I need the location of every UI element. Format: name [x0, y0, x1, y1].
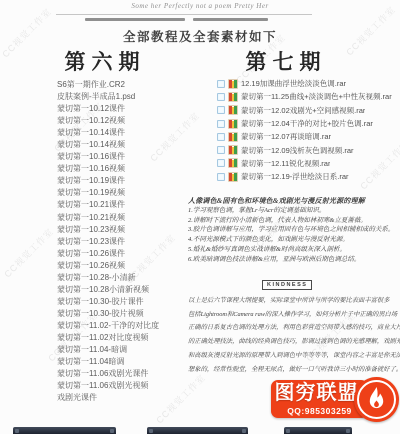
file-list-item: 蒙切第一10.16视频 [57, 163, 197, 175]
file-list-item: 蒙切第一10.19视频 [57, 187, 197, 199]
rar-archive-icon [228, 105, 238, 115]
file-list-item: 蒙切第一11.06戏剧光视频 [57, 380, 197, 392]
rar-file-row[interactable]: 蒙切第一12.02戏剧光+空间感视频.rar [217, 104, 399, 117]
file-list-item: 蒙切第一10.28小清新视频 [57, 284, 197, 296]
contact-qq-number: QQ:985303259 [271, 406, 368, 416]
course-outline: 人像调色&固有色和环境色&戏剧光与漫反射光源的理解 1.学习观察色调，掌握Lr与… [188, 196, 399, 264]
checkbox-icon[interactable] [217, 93, 225, 101]
course-outline-line: 3.胶片色调讲解与应用，学习应用固有色与环境色之间相辅相成的关系。 [188, 225, 399, 235]
file-list-item: 蒙切第一10.26课件 [57, 248, 197, 260]
course-outline-lines: 1.学习观察色调，掌握Lr与Acr的定调基础知识。 2.讲解时下流行的小清新色调… [188, 206, 399, 264]
issue6-file-list: S6第一期作业.CR2 皮肤案例-半成品1.psd 蒙切第一10.12课件 蒙切… [57, 79, 197, 404]
flame-badge [354, 377, 399, 422]
file-list-item: 蒙切第一10.28-小清新 [57, 272, 197, 284]
file-list-item: 蒙切第一10.19课件 [57, 175, 197, 187]
file-list-item: 蒙切第一10.30-胶片课件 [57, 296, 197, 308]
header-dash-segment [85, 18, 185, 21]
file-list-item: 蒙切第一11.02-干净的对比度 [57, 320, 197, 332]
rar-file-name: 蒙切第一12.07再谈暗调.rar [241, 131, 331, 142]
course-outline-line: 1.学习观察色调，掌握Lr与Acr的定调基础知识。 [188, 206, 399, 216]
file-list-item: 蒙切第一10.21视频 [57, 212, 197, 224]
file-list-item: 蒙切第一10.30-胶片视频 [57, 308, 197, 320]
file-list-item: 蒙切第一11.06戏剧光课件 [57, 368, 197, 380]
course-description-line: 想象的，经常性脱堂，全程无尿点，做好一口气听我讲三小时的准备就好了。 [188, 363, 399, 377]
course-description-line: 和高级灰漫反射光源的原理带入到调色中等等等等，课堂内容之丰富是你无法 [188, 349, 399, 363]
checkbox-icon[interactable] [217, 120, 225, 128]
course-description-line: 的正确处理技法，曲线的经典调色技巧，影调过渡到色调的光感理解，戏剧光 [188, 335, 399, 349]
rar-file-name: 蒙切第一12.02戏剧光+空间感视频.rar [241, 105, 365, 116]
rar-archive-icon [228, 119, 238, 129]
rar-file-name: 蒙切第一11.25曲线+淡淡调色+中性灰视频.rar [241, 91, 392, 102]
kindness-badge: KINDNESS [262, 280, 312, 290]
checkbox-icon[interactable] [217, 173, 225, 181]
checkbox-icon[interactable] [217, 133, 225, 141]
course-outline-line: 5.婚礼&婚纱写真调色实战讲解&时尚高级灰深入剖析。 [188, 245, 399, 255]
rar-file-row[interactable]: 蒙切第一12.07再谈暗调.rar [217, 130, 399, 143]
decorative-script-text: Some her Perfectly not a poem Pretty Her [0, 2, 400, 10]
file-list-item: 皮肤案例-半成品1.psd [57, 91, 197, 103]
header-divider-line [56, 14, 312, 15]
course-outline-line: 4.不同光源模式下的颜色变化，如戏剧光与漫反射光源。 [188, 235, 399, 245]
rar-file-row[interactable]: 蒙切第一12.19-浮世绘淡日系.rar [217, 170, 399, 183]
rar-file-name: 蒙切第一12.04干净的对比+胶片色调.rar [241, 118, 373, 129]
rar-archive-icon [228, 172, 238, 182]
header-dash-segment [193, 18, 268, 21]
file-list-item: 蒙切第一11.04-暗调 [57, 344, 197, 356]
course-description: 以上是后六节课程大纲提要，实际课堂中所讲与所学的要比表面丰富很多 包括Light… [188, 294, 399, 376]
rar-file-row[interactable]: 蒙切第一12.04干净的对比+胶片色调.rar [217, 117, 399, 130]
file-list-item: 蒙切第一11.04暗调 [57, 356, 197, 368]
bottom-thumbnail-strip [13, 427, 116, 434]
checkbox-icon[interactable] [217, 146, 225, 154]
file-list-item: 蒙切第一11.02对比度视频 [57, 332, 197, 344]
checkbox-icon[interactable] [217, 106, 225, 114]
course-outline-heading: 人像调色&固有色和环境色&戏剧光与漫反射光源的理解 [188, 196, 399, 206]
file-list-item: 蒙切第一10.21课件 [57, 199, 197, 211]
file-list-item: 蒙切第一10.12课件 [57, 103, 197, 115]
rar-archive-icon [228, 145, 238, 155]
rar-archive-icon [228, 79, 238, 89]
file-list-item: 蒙切第一10.14视频 [57, 139, 197, 151]
bottom-thumbnail-strip [284, 427, 352, 434]
file-list-item: 蒙切第一10.23视频 [57, 224, 197, 236]
rar-file-row[interactable]: 12.19加课曲浮世绘淡淡色调.rar [217, 77, 399, 90]
brand-name: 图穷联盟 [271, 380, 362, 406]
course-description-line: 包括Lightroom和Camera raw的深入操作学习，如何分析片子中正确的… [188, 308, 399, 322]
checkbox-icon[interactable] [217, 80, 225, 88]
rar-file-row[interactable]: 蒙切第一11.25曲线+淡淡调色+中性灰视频.rar [217, 90, 399, 103]
course-promo-page: CC视觉工作室 CC视觉工作室 CC视觉工作室 CC视觉工作室 CC视觉工作室 … [0, 0, 400, 434]
file-list-item: 蒙切第一10.12视频 [57, 115, 197, 127]
rar-file-name: 蒙切第一12.11锐化视频.rar [241, 158, 330, 169]
rar-archive-icon [228, 92, 238, 102]
course-outline-line: 2.讲解时下流行的小清新色调，代表人物如林初寒&立夏蔷薇。 [188, 216, 399, 226]
rar-file-row[interactable]: 蒙切第一12.11锐化视频.rar [217, 157, 399, 170]
bottom-thumbnail-strip [147, 427, 248, 434]
rar-file-row[interactable]: 蒙切第一12.09浅析灰色调视频.rar [217, 143, 399, 156]
rar-file-name: 蒙切第一12.09浅析灰色调视频.rar [241, 145, 354, 156]
file-list-item: S6第一期作业.CR2 [57, 79, 197, 91]
file-list-item: 蒙切第一10.14课件 [57, 127, 197, 139]
issue7-rar-list: 12.19加课曲浮世绘淡淡色调.rar 蒙切第一11.25曲线+淡淡调色+中性灰… [217, 77, 399, 183]
course-description-line: 正确的日系复古色调的处理方法，利用色彩营造空间带入感的技巧，商业大片 [188, 321, 399, 335]
rar-file-name: 12.19加课曲浮世绘淡淡色调.rar [241, 78, 346, 89]
flame-icon [365, 386, 388, 413]
file-list-item: 蒙切第一10.16课件 [57, 151, 197, 163]
file-list-item: 蒙切第一10.23课件 [57, 236, 197, 248]
right-column-title: 第七期 [226, 46, 346, 76]
course-outline-line: 6.欧美暗调调色技法讲解&应用，亚洲与欧洲后期色调总结。 [188, 255, 399, 265]
page-title: 全部教程及全套素材如下 [0, 27, 400, 45]
watermark: CC视觉工作室 [1, 225, 56, 280]
rar-file-name: 蒙切第一12.19-浮世绘淡日系.rar [241, 171, 349, 182]
file-list-item: 蒙切第一10.26视频 [57, 260, 197, 272]
course-description-line: 以上是后六节课程大纲提要，实际课堂中所讲与所学的要比表面丰富很多 [188, 294, 399, 308]
rar-archive-icon [228, 158, 238, 168]
checkbox-icon[interactable] [217, 159, 225, 167]
file-list-item: 戏剧光课件 [57, 392, 197, 404]
rar-archive-icon [228, 132, 238, 142]
left-column-title: 第六期 [45, 46, 165, 76]
